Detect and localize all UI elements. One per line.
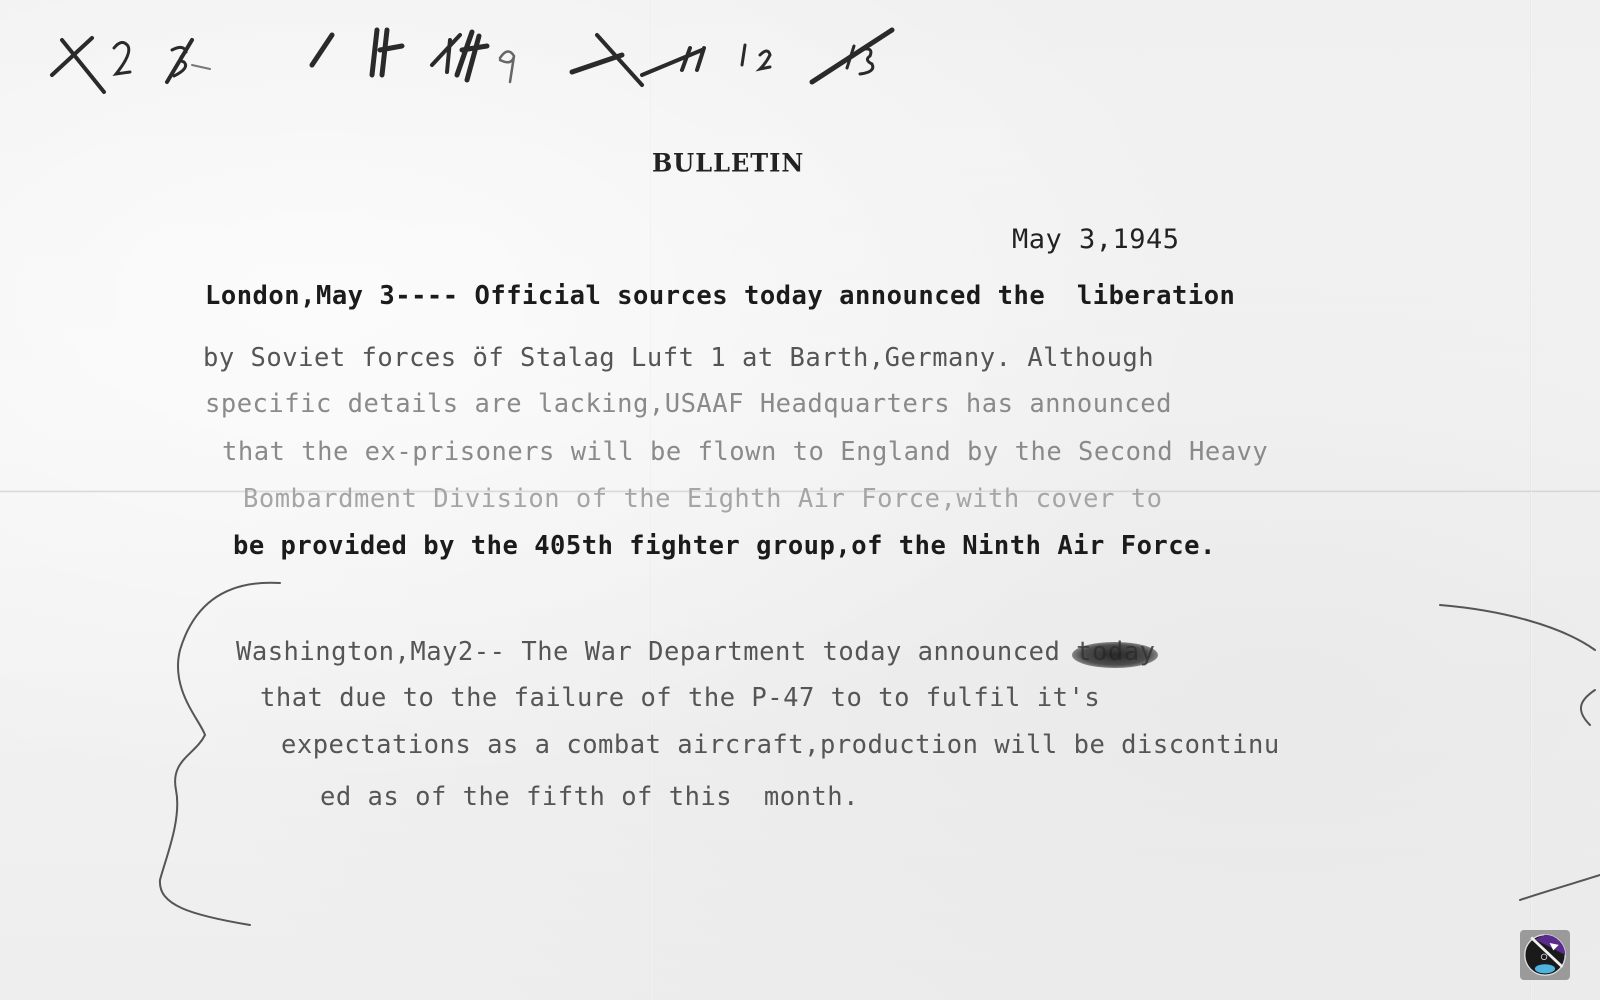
struck-out-word: today <box>1076 640 1155 666</box>
bulletin-date: May 3,1945 <box>1012 224 1180 255</box>
washington-item-line: Washington,May2-- The War Department tod… <box>236 640 1155 666</box>
squadron-emblem <box>1520 930 1570 980</box>
fold-crease <box>1530 0 1532 1000</box>
washington-item-line: ed as of the fifth of this month. <box>320 785 859 811</box>
squadron-emblem-icon <box>1522 932 1568 978</box>
london-item-line: Bombardment Division of the Eighth Air F… <box>243 487 1162 513</box>
pencil-tally-icon <box>42 10 922 100</box>
london-item-line: be provided by the 405th fighter group,o… <box>233 534 1216 560</box>
handwritten-tally-marks <box>42 10 922 100</box>
scanned-bulletin-page: BULLETIN May 3,1945 London,May 3---- Off… <box>0 0 1600 1000</box>
washington-item-line: that due to the failure of the P-47 to t… <box>260 686 1100 712</box>
washington-item-line: expectations as a combat aircraft,produc… <box>281 733 1280 759</box>
london-item-line: that the ex-prisoners will be flown to E… <box>222 440 1268 466</box>
london-item-line: by Soviet forces öf Stalag Luft 1 at Bar… <box>203 346 1154 372</box>
washington-line-text: Washington,May2-- The War Department tod… <box>236 637 1076 667</box>
london-item-line: specific details are lacking,USAAF Headq… <box>205 392 1172 418</box>
bulletin-heading: BULLETIN <box>652 147 804 177</box>
london-item-line: London,May 3---- Official sources today … <box>205 284 1235 310</box>
